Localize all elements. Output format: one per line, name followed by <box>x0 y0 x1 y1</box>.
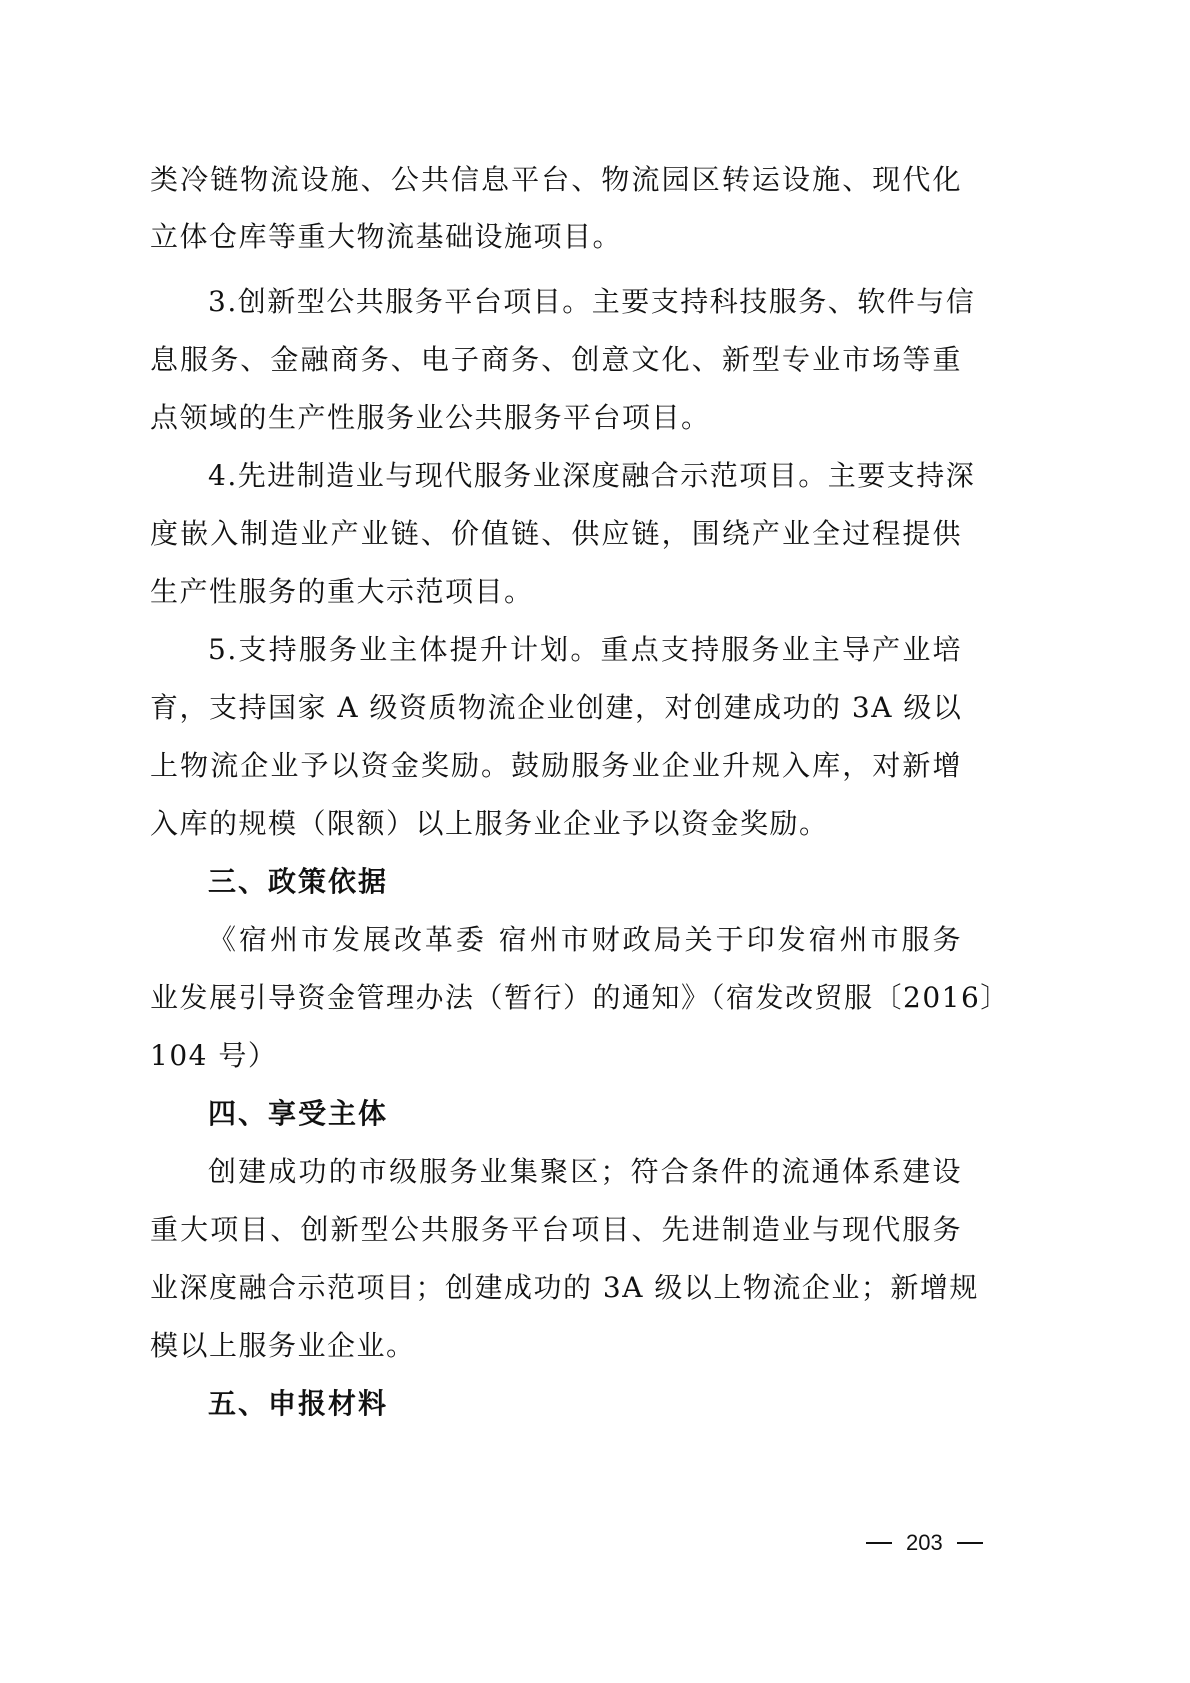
paragraph-line: 4.先进制造业与现代服务业深度融合示范项目。主要支持深 <box>150 456 962 496</box>
paragraph-line: 立体仓库等重大物流基础设施项目。 <box>150 217 622 257</box>
paragraph-line: 上物流企业予以资金奖励。鼓励服务业企业升规入库，对新增 <box>150 746 962 786</box>
paragraph-line: 业深度融合示范项目；创建成功的 3A 级以上物流企业；新增规 <box>150 1268 962 1308</box>
paragraph-line: 《宿州市发展改革委 宿州市财政局关于印发宿州市服务 <box>150 920 962 960</box>
paragraph-line: 3.创新型公共服务平台项目。主要支持科技服务、软件与信 <box>150 282 962 322</box>
paragraph-line: 创建成功的市级服务业集聚区；符合条件的流通体系建设 <box>150 1152 962 1192</box>
page-number: 203 <box>906 1528 943 1558</box>
footer-dash-left <box>866 1542 892 1544</box>
paragraph-line: 业发展引导资金管理办法（暂行）的通知》（宿发改贸服〔2016〕 <box>150 978 962 1018</box>
paragraph-line: 度嵌入制造业产业链、价值链、供应链，围绕产业全过程提供 <box>150 514 962 554</box>
paragraph-line: 生产性服务的重大示范项目。 <box>150 572 534 612</box>
paragraph-line: 模以上服务业企业。 <box>150 1326 416 1366</box>
paragraph-line: 重大项目、创新型公共服务平台项目、先进制造业与现代服务 <box>150 1210 962 1250</box>
paragraph-line: 类冷链物流设施、公共信息平台、物流园区转运设施、现代化 <box>150 160 962 200</box>
paragraph-line: 息服务、金融商务、电子商务、创意文化、新型专业市场等重 <box>150 340 962 380</box>
paragraph-line: 育，支持国家 A 级资质物流企业创建，对创建成功的 3A 级以 <box>150 688 962 728</box>
footer-dash-right <box>957 1542 983 1544</box>
section-heading: 四、享受主体 <box>150 1094 388 1134</box>
paragraph-line: 点领域的生产性服务业公共服务平台项目。 <box>150 398 711 438</box>
page-footer: 203 <box>866 1528 983 1558</box>
paragraph-line: 5.支持服务业主体提升计划。重点支持服务业主导产业培 <box>150 630 962 670</box>
section-heading: 五、申报材料 <box>150 1384 388 1424</box>
paragraph-line: 入库的规模（限额）以上服务业企业予以资金奖励。 <box>150 804 829 844</box>
section-heading: 三、政策依据 <box>150 862 388 902</box>
paragraph-line: 104 号） <box>150 1036 277 1076</box>
